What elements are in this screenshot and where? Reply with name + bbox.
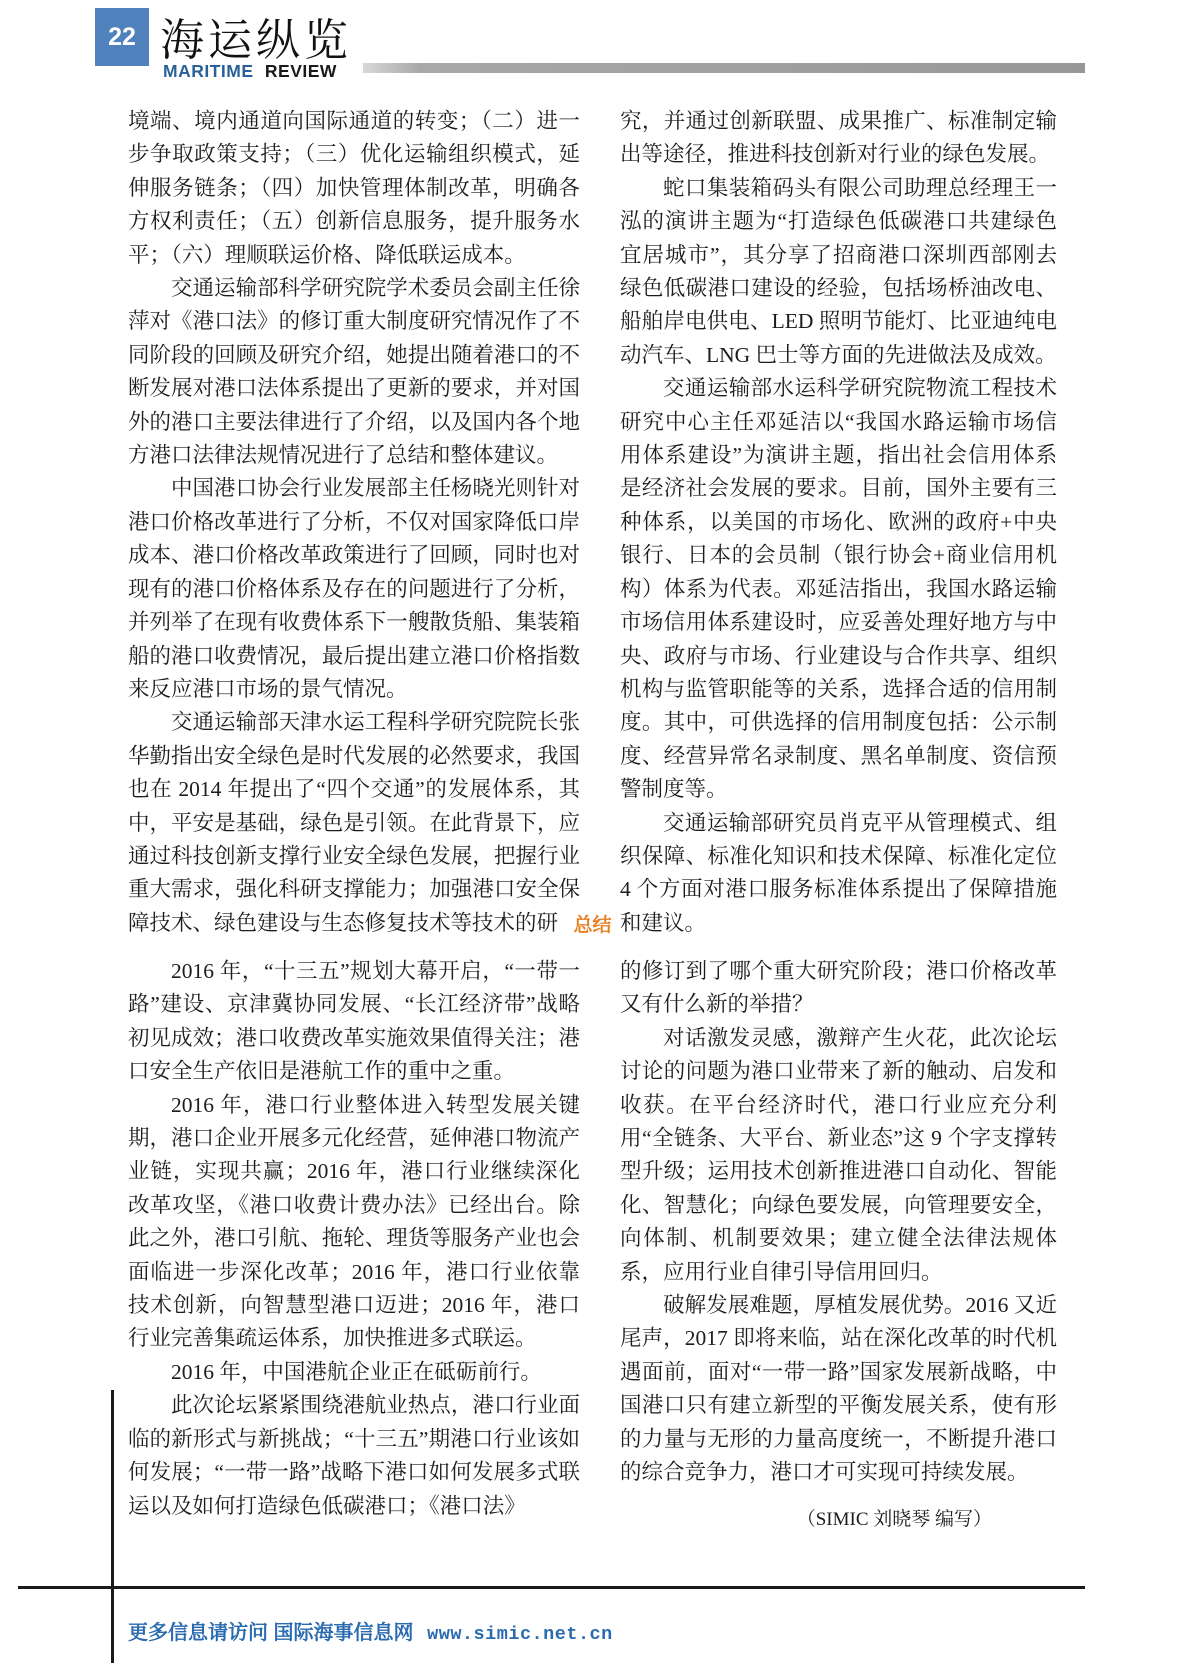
- author-byline: （SIMIC 刘晓琴 编写）: [620, 1504, 992, 1531]
- paragraph: 究，并通过创新联盟、成果推广、标准制定输出等途径，推进科技创新对行业的绿色发展。: [620, 105, 1057, 172]
- paragraph: 交通运输部科学研究院学术委员会副主任徐萍对《港口法》的修订重大制度研究情况作了不…: [128, 272, 580, 472]
- paragraph: 2016 年，“十三五”规划大幕开启，“一带一路”建设、京津冀协同发展、“长江经…: [128, 955, 580, 1089]
- bottom-left-column: 2016 年，“十三五”规划大幕开启，“一带一路”建设、京津冀协同发展、“长江经…: [128, 955, 580, 1531]
- page-number-badge: 22: [95, 8, 149, 66]
- bottom-right-column: 的修订到了哪个重大研究阶段；港口价格改革又有什么新的举措？对话激发灵感，激辩产生…: [620, 955, 1057, 1531]
- footer-note: 更多信息请访问 国际海事信息网 www.simic.net.cn: [128, 1616, 613, 1645]
- top-left-column: 境端、境内通道向国际通道的转变；（二）进一步争取政策支持；（三）优化运输组织模式…: [128, 105, 580, 940]
- bottom-right-paragraphs: 的修订到了哪个重大研究阶段；港口价格改革又有什么新的举措？对话激发灵感，激辩产生…: [620, 955, 1057, 1490]
- paragraph: 中国港口协会行业发展部主任杨晓光则针对港口价格改革进行了分析，不仅对国家降低口岸…: [128, 472, 580, 706]
- header-divider-bar: [363, 63, 1085, 73]
- summary-heading: 总结: [128, 910, 1057, 937]
- paragraph: 境端、境内通道向国际通道的转变；（二）进一步争取政策支持；（三）优化运输组织模式…: [128, 105, 580, 272]
- paragraph: 破解发展难题，厚植发展优势。2016 又近尾声，2017 即将来临，站在深化改革…: [620, 1289, 1057, 1489]
- title-en-maritime: MARITIME: [163, 61, 254, 81]
- footer-site-url: www.simic.net.cn: [427, 1624, 613, 1645]
- title-en-review: REVIEW: [265, 61, 337, 81]
- footer-rule-line: [18, 1586, 1085, 1589]
- article-top-section: 境端、境内通道向国际通道的转变；（二）进一步争取政策支持；（三）优化运输组织模式…: [128, 105, 1057, 940]
- section-title-chinese: 海运纵览: [160, 4, 352, 68]
- paragraph: 2016 年，港口行业整体进入转型发展关键期，港口企业开展多元化经营，延伸港口物…: [128, 1089, 580, 1356]
- article-bottom-section: 2016 年，“十三五”规划大幕开启，“一带一路”建设、京津冀协同发展、“长江经…: [128, 955, 1057, 1531]
- paragraph: 交通运输部水运科学研究院物流工程技术研究中心主任邓延洁以“我国水路运输市场信用体…: [620, 372, 1057, 806]
- paragraph: 蛇口集装箱码头有限公司助理总经理王一泓的演讲主题为“打造绿色低碳港口共建绿色宜居…: [620, 172, 1057, 372]
- paragraph: 此次论坛紧紧围绕港航业热点，港口行业面临的新形式与新挑战；“十三五”期港口行业该…: [128, 1389, 580, 1523]
- paragraph: 2016 年，中国港航企业正在砥砺前行。: [128, 1356, 580, 1389]
- paragraph: 对话激发灵感，激辩产生火花，此次论坛讨论的问题为港口业带来了新的触动、启发和收获…: [620, 1022, 1057, 1289]
- top-right-column: 究，并通过创新联盟、成果推广、标准制定输出等途径，推进科技创新对行业的绿色发展。…: [620, 105, 1057, 940]
- section-title-english: MARITIME REVIEW: [163, 61, 337, 82]
- left-vertical-rule: [111, 1390, 114, 1663]
- paragraph: 交通运输部天津水运工程科学研究院院长张华勤指出安全绿色是时代发展的必然要求，我国…: [128, 706, 580, 940]
- paragraph: 的修订到了哪个重大研究阶段；港口价格改革又有什么新的举措？: [620, 955, 1057, 1022]
- footer-note-text: 更多信息请访问 国际海事信息网: [128, 1622, 414, 1644]
